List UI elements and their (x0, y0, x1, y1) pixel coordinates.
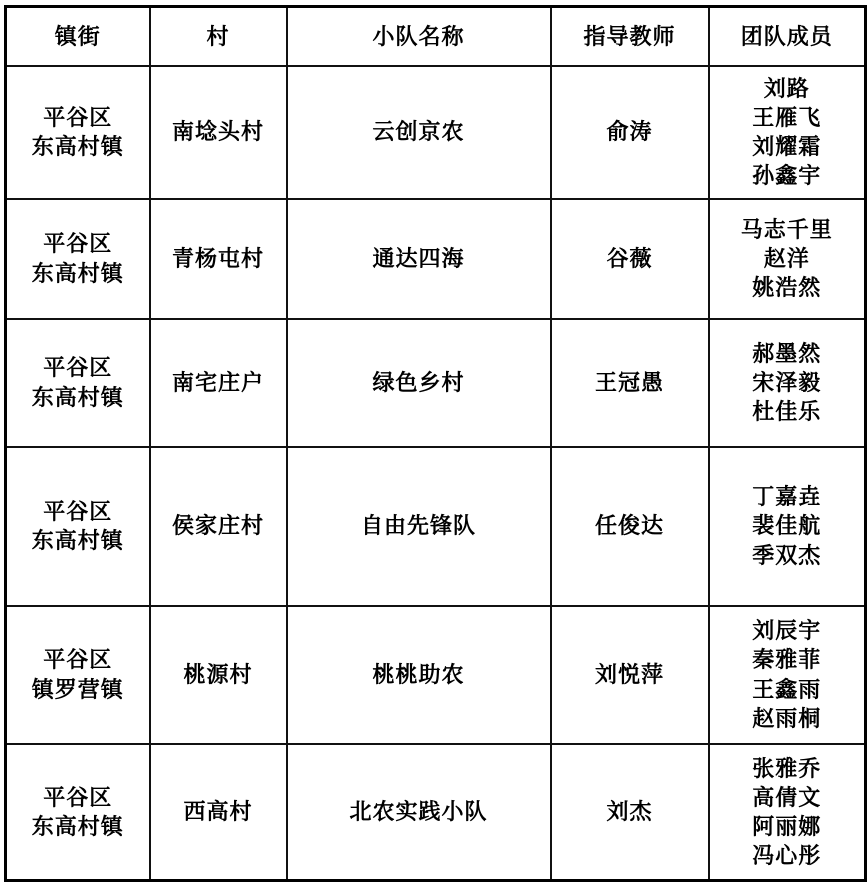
cell-team: 绿色乡村 (287, 319, 551, 447)
table-row: 平谷区 东高村镇 西高村 北农实践小队 刘杰 张雅乔 高倩文 阿丽娜 冯心彤 (6, 744, 866, 881)
cell-town: 平谷区 东高村镇 (6, 447, 150, 606)
cell-members: 刘辰宇 秦雅菲 王鑫雨 赵雨桐 (709, 606, 866, 744)
cell-members: 张雅乔 高倩文 阿丽娜 冯心彤 (709, 744, 866, 881)
cell-team: 自由先锋队 (287, 447, 551, 606)
table-row: 平谷区 镇罗营镇 桃源村 桃桃助农 刘悦萍 刘辰宇 秦雅菲 王鑫雨 赵雨桐 (6, 606, 866, 744)
cell-village: 南埝头村 (150, 66, 287, 199)
column-header-town: 镇街 (6, 7, 150, 66)
cell-village: 青杨屯村 (150, 199, 287, 319)
cell-village: 侯家庄村 (150, 447, 287, 606)
cell-teacher: 俞涛 (551, 66, 709, 199)
teams-table: 镇街 村 小队名称 指导教师 团队成员 平谷区 东高村镇 南埝头村 云创京农 俞… (4, 5, 867, 882)
cell-members: 刘路 王雁飞 刘耀霜 孙鑫宇 (709, 66, 866, 199)
cell-village: 桃源村 (150, 606, 287, 744)
table-row: 平谷区 东高村镇 南宅庄户 绿色乡村 王冠愚 郝墨然 宋泽毅 杜佳乐 (6, 319, 866, 447)
table-row: 平谷区 东高村镇 青杨屯村 通达四海 谷薇 马志千里 赵洋 姚浩然 (6, 199, 866, 319)
cell-members: 马志千里 赵洋 姚浩然 (709, 199, 866, 319)
cell-team: 通达四海 (287, 199, 551, 319)
table-header: 镇街 村 小队名称 指导教师 团队成员 (6, 7, 866, 66)
column-header-team: 小队名称 (287, 7, 551, 66)
cell-teacher: 刘杰 (551, 744, 709, 881)
cell-teacher: 任俊达 (551, 447, 709, 606)
column-header-members: 团队成员 (709, 7, 866, 66)
cell-town: 平谷区 东高村镇 (6, 744, 150, 881)
table-container: 镇街 村 小队名称 指导教师 团队成员 平谷区 东高村镇 南埝头村 云创京农 俞… (4, 5, 867, 882)
column-header-village: 村 (150, 7, 287, 66)
cell-town: 平谷区 镇罗营镇 (6, 606, 150, 744)
cell-village: 西高村 (150, 744, 287, 881)
cell-members: 丁嘉垚 裴佳航 季双杰 (709, 447, 866, 606)
cell-town: 平谷区 东高村镇 (6, 319, 150, 447)
header-row: 镇街 村 小队名称 指导教师 团队成员 (6, 7, 866, 66)
cell-team: 桃桃助农 (287, 606, 551, 744)
cell-town: 平谷区 东高村镇 (6, 199, 150, 319)
column-header-teacher: 指导教师 (551, 7, 709, 66)
cell-town: 平谷区 东高村镇 (6, 66, 150, 199)
cell-village: 南宅庄户 (150, 319, 287, 447)
cell-teacher: 谷薇 (551, 199, 709, 319)
cell-teacher: 刘悦萍 (551, 606, 709, 744)
table-body: 平谷区 东高村镇 南埝头村 云创京农 俞涛 刘路 王雁飞 刘耀霜 孙鑫宇 平谷区… (6, 66, 866, 881)
cell-team: 云创京农 (287, 66, 551, 199)
cell-teacher: 王冠愚 (551, 319, 709, 447)
table-row: 平谷区 东高村镇 南埝头村 云创京农 俞涛 刘路 王雁飞 刘耀霜 孙鑫宇 (6, 66, 866, 199)
cell-members: 郝墨然 宋泽毅 杜佳乐 (709, 319, 866, 447)
table-row: 平谷区 东高村镇 侯家庄村 自由先锋队 任俊达 丁嘉垚 裴佳航 季双杰 (6, 447, 866, 606)
cell-team: 北农实践小队 (287, 744, 551, 881)
